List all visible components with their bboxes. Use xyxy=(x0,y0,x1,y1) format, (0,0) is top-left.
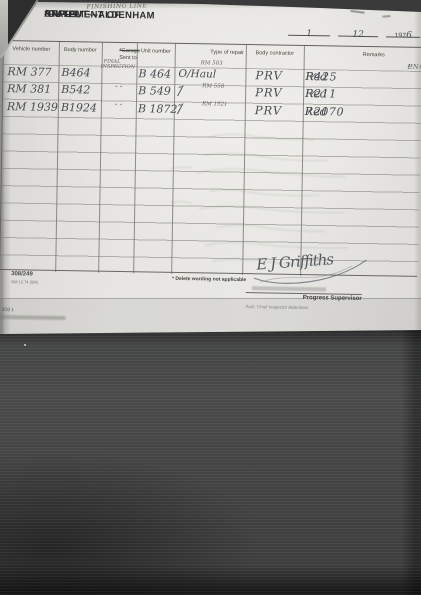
paper-sheet: FINISHING LINE STATEMENT OF *INPUT/OUTPU… xyxy=(0,0,421,340)
under-sheet-smudge xyxy=(0,315,65,320)
scanner-lid-background xyxy=(0,330,421,595)
cell-remarks: RedR425✓ xyxy=(303,69,421,88)
cell-body: B542 xyxy=(58,82,101,100)
role-label: Progress Supervisor xyxy=(242,294,362,302)
cell-unit: B 1872 xyxy=(136,101,174,119)
form-number: 308/249 xyxy=(11,271,33,278)
date-month: 12 xyxy=(338,24,378,38)
garage-kept-word: Sent to xyxy=(119,55,137,62)
pencil-mark xyxy=(350,10,364,14)
cell-remarks: RedR211✓ xyxy=(303,86,421,105)
date-field: 1 12 1976 xyxy=(288,23,420,39)
column-header-repair: Type of repair RM 503 xyxy=(175,44,246,68)
cell-vehicle: RM 1939 xyxy=(3,99,58,117)
column-header-body: Body number xyxy=(59,42,102,66)
cell-vehicle: RM 381 xyxy=(3,81,58,99)
column-header-garage: *Garage Sent to FINAL INSPECTION xyxy=(102,43,137,67)
form-code: GM 12.74 (5M) xyxy=(11,279,38,284)
cell-contractor: PRV xyxy=(245,85,303,103)
under-sheet-number: 308 1 xyxy=(1,307,14,313)
delete-wording-footnote: * Delete wording not applicable xyxy=(172,276,246,283)
scanned-document: FINISHING LINE STATEMENT OF *INPUT/OUTPU… xyxy=(0,0,421,595)
cell-vehicle: RM 377 xyxy=(3,64,58,82)
cell-garage: ″ ″ xyxy=(101,83,136,101)
cell-remarks: RedR2070/ xyxy=(303,104,421,123)
cell-unit: B 549 xyxy=(136,84,174,102)
pencil-mark xyxy=(382,15,390,18)
title-suffix: /OUTPUT—ALDENHAM xyxy=(44,9,155,22)
column-header-remarks: Remarks ENGINE Nos xyxy=(304,46,421,71)
dust-speck xyxy=(24,344,26,346)
cell-repair: /″RM 1921 xyxy=(174,101,245,119)
cell-contractor: PRV xyxy=(245,103,303,121)
date-day: 1 xyxy=(288,23,330,37)
cell-body: B1924 xyxy=(58,100,101,118)
form-content: FINISHING LINE STATEMENT OF *INPUT/OUTPU… xyxy=(0,0,421,347)
cell-unit: B 464 xyxy=(136,66,174,84)
column-header-unit: Unit number xyxy=(137,43,175,67)
garage-handwritten-note: INSPECTION xyxy=(101,64,136,71)
column-header-vehicle: Vehicle number xyxy=(4,41,59,65)
date-year: 1976 xyxy=(386,24,420,38)
cell-garage: ″ ″ xyxy=(101,100,136,118)
inspector-small-print: Asst. Chief Inspector Aldenham xyxy=(246,304,309,310)
cell-body: B464 xyxy=(58,65,101,83)
cell-contractor: PRV xyxy=(245,68,303,86)
column-header-contractor: Body contractor xyxy=(246,45,304,69)
